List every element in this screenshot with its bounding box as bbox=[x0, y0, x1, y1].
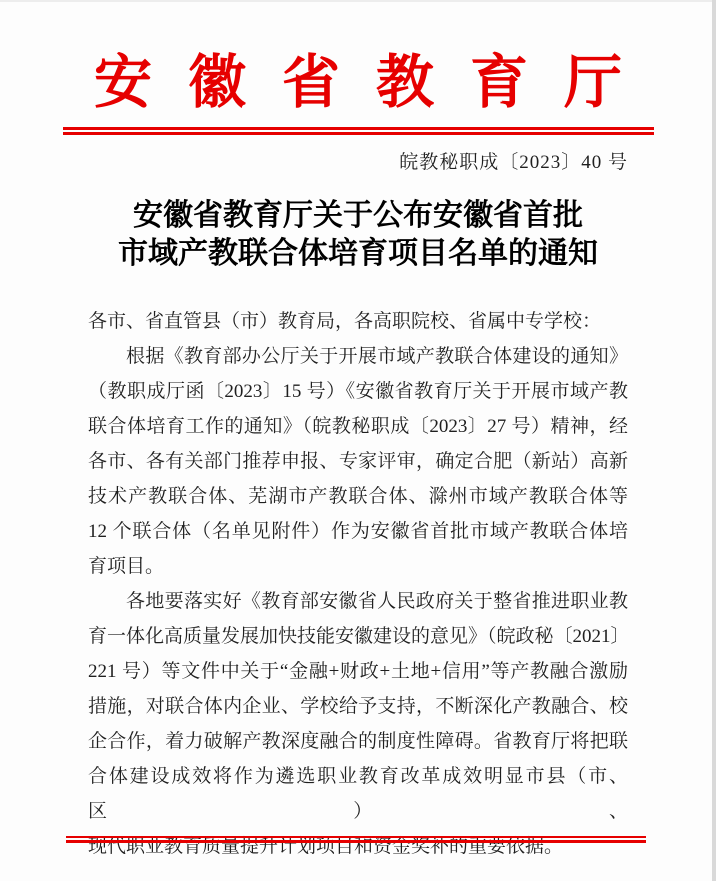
letterhead-agency-title: 安徽省教育厅 bbox=[0, 44, 716, 122]
document-number: 皖教秘职成〔2023〕40 号 bbox=[399, 147, 628, 174]
body-line: 联合体培育工作的通知》（皖教秘职成〔2023〕27 号）精神，经 bbox=[88, 409, 628, 444]
body-line: 各市、各有关部门推荐申报、专家评审，确定合肥（新站）高新 bbox=[88, 444, 628, 479]
letterhead-divider-lower bbox=[63, 132, 654, 135]
notice-title: 安徽省教育厅关于公布安徽省首批 市域产教联合体培育项目名单的通知 bbox=[0, 197, 716, 273]
body-line: 合体建设成效将作为遴选职业教育改革成效明显市县（市、区）、 bbox=[88, 759, 628, 829]
body-line: 措施，对联合体内企业、学校给予支持，不断深化产教融合、校 bbox=[88, 689, 628, 724]
footer-divider-lower bbox=[66, 840, 646, 843]
body-line: 技术产教联合体、芜湖市产教联合体、滁州市域产教联合体等 bbox=[88, 479, 628, 514]
notice-title-line-1: 安徽省教育厅关于公布安徽省首批 bbox=[0, 197, 716, 235]
body-line: 各市、省直管县（市）教育局，各高职院校、省属中专学校： bbox=[88, 304, 628, 339]
document-body: 各市、省直管县（市）教育局，各高职院校、省属中专学校：根据《教育部办公厅关于开展… bbox=[88, 304, 628, 864]
body-line: （教职成厅函〔2023〕15 号）《安徽省教育厅关于开展市域产教 bbox=[88, 374, 628, 409]
notice-title-line-2: 市域产教联合体培育项目名单的通知 bbox=[0, 235, 716, 273]
letterhead-divider-upper bbox=[63, 127, 654, 130]
body-line: 企合作，着力破解产教深度融合的制度性障碍。省教育厅将把联 bbox=[88, 724, 628, 759]
body-line: 221 号）等文件中关于“金融+财政+土地+信用”等产教融合激励 bbox=[88, 654, 628, 689]
document-page: 安徽省教育厅 皖教秘职成〔2023〕40 号 安徽省教育厅关于公布安徽省首批 市… bbox=[0, 0, 716, 881]
body-line: 育一体化高质量发展加快技能安徽建设的意见》（皖政秘〔2021〕 bbox=[88, 619, 628, 654]
page-top-edge bbox=[0, 0, 716, 2]
footer-divider-upper bbox=[66, 836, 646, 838]
page-right-edge bbox=[712, 0, 716, 881]
body-line: 12 个联合体（名单见附件）作为安徽省首批市域产教联合体培 bbox=[88, 514, 628, 549]
body-line: 根据《教育部办公厅关于开展市域产教联合体建设的通知》 bbox=[88, 339, 628, 374]
body-line: 各地要落实好《教育部安徽省人民政府关于整省推进职业教 bbox=[88, 584, 628, 619]
body-line: 现代职业教育质量提升计划项目和资金奖补的重要依据。 bbox=[88, 829, 628, 864]
body-line: 育项目。 bbox=[88, 549, 628, 584]
